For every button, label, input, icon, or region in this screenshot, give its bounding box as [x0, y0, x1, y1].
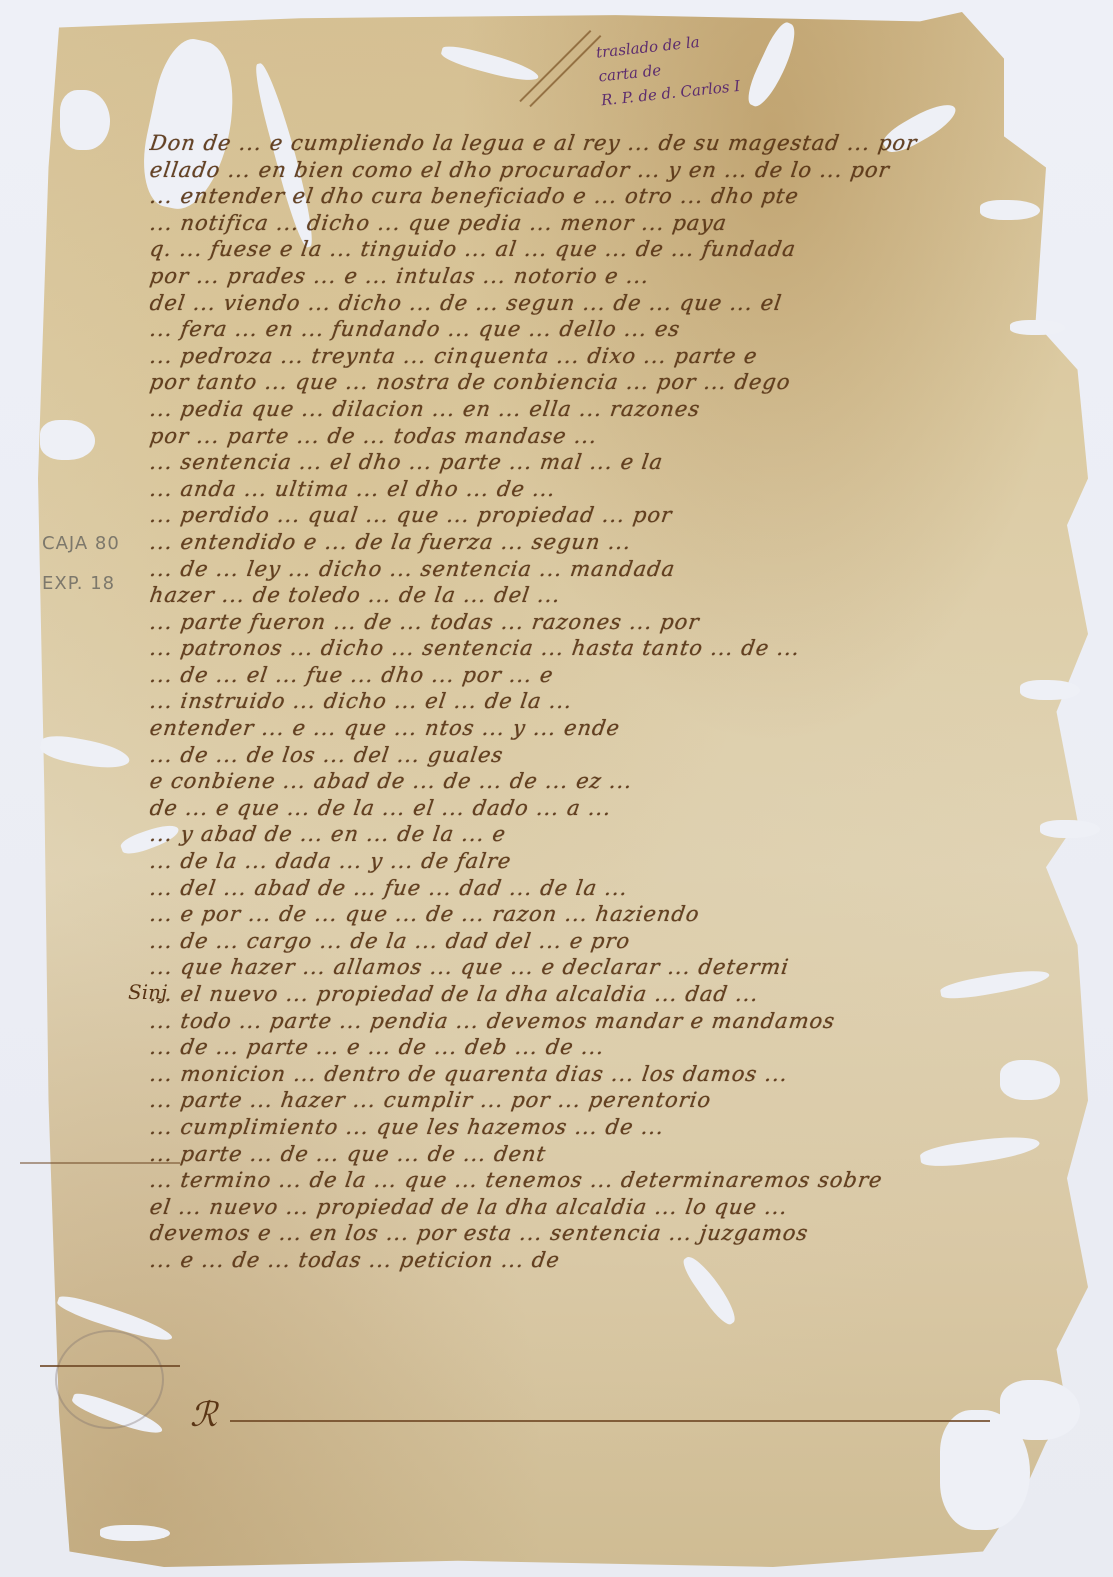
manuscript-line: el ... nuevo ... propiedad de la dha alc… — [148, 1194, 1032, 1221]
manuscript-line: de ... e que ... de la ... el ... dado .… — [148, 795, 1032, 822]
manuscript-line: ... parte ... hazer ... cumplir ... por … — [148, 1087, 1032, 1114]
manuscript-line: ... termino ... de la ... que ... tenemo… — [148, 1167, 1032, 1194]
archive-reference: CAJA 80 EXP. 18 — [42, 524, 120, 604]
manuscript-line: ... de ... de los ... del ... guales — [148, 742, 1032, 769]
manuscript-line: ... notifica ... dicho ... que pedia ...… — [148, 210, 1032, 237]
manuscript-line: ... todo ... parte ... pendia ... devemo… — [148, 1008, 1032, 1035]
manuscript-line: ... cumplimiento ... que les hazemos ...… — [148, 1114, 1032, 1141]
damage-hole — [100, 1525, 170, 1541]
manuscript-line: Don de ... e cumpliendo la legua e al re… — [148, 130, 1032, 157]
notary-flourish: ℛ — [190, 1395, 217, 1435]
manuscript-line: ... parte ... de ... que ... de ... dent — [148, 1141, 1032, 1168]
damage-hole — [40, 420, 95, 460]
manuscript-line: ... entender el dho cura beneficiado e .… — [148, 183, 1032, 210]
manuscript-line: ... patronos ... dicho ... sentencia ...… — [148, 635, 1032, 662]
manuscript-line: ... de la ... dada ... y ... de falre — [148, 848, 1032, 875]
manuscript-line: ... parte fueron ... de ... todas ... ra… — [148, 609, 1032, 636]
manuscript-line: ... de ... cargo ... de la ... dad del .… — [148, 928, 1032, 955]
manuscript-line: ... instruido ... dicho ... el ... de la… — [148, 688, 1032, 715]
faded-stamp — [55, 1330, 164, 1429]
manuscript-line: ... perdido ... qual ... que ... propied… — [148, 502, 1032, 529]
manuscript-line: ... del ... abad de ... fue ... dad ... … — [148, 875, 1032, 902]
manuscript-line: ... el nuevo ... propiedad de la dha alc… — [148, 981, 1032, 1008]
manuscript-line: e conbiene ... abad de ... de ... de ...… — [148, 768, 1032, 795]
manuscript-line: ... monicion ... dentro de quarenta dias… — [148, 1061, 1032, 1088]
manuscript-line: devemos e ... en los ... por esta ... se… — [148, 1220, 1032, 1247]
manuscript-line: ... e ... de ... todas ... peticion ... … — [148, 1247, 1032, 1274]
manuscript-line: q. ... fuese e la ... tinguido ... al ..… — [148, 236, 1032, 263]
manuscript-line: ... anda ... ultima ... el dho ... de ..… — [148, 476, 1032, 503]
manuscript-line: ellado ... en bien como el dho procurado… — [148, 157, 1032, 184]
manuscript-line: por tanto ... que ... nostra de conbienc… — [148, 369, 1032, 396]
damage-hole — [60, 90, 110, 150]
manuscript-line: ... pedroza ... treynta ... cinquenta ..… — [148, 343, 1032, 370]
box-number: CAJA 80 — [42, 524, 120, 564]
damage-hole — [1000, 1380, 1080, 1440]
manuscript-line: hazer ... de toledo ... de la ... del ..… — [148, 582, 1032, 609]
manuscript-line: ... e por ... de ... que ... de ... razo… — [148, 901, 1032, 928]
manuscript-body: Don de ... e cumpliendo la legua e al re… — [150, 130, 1030, 1274]
manuscript-line: ... fera ... en ... fundando ... que ...… — [148, 316, 1032, 343]
manuscript-line: ... y abad de ... en ... de la ... e — [148, 821, 1032, 848]
file-number: EXP. 18 — [42, 564, 120, 604]
manuscript-line: entender ... e ... que ... ntos ... y ..… — [148, 715, 1032, 742]
ruling-line — [40, 1365, 180, 1367]
manuscript-line: por ... prades ... e ... intulas ... not… — [148, 263, 1032, 290]
ruling-line — [20, 1162, 180, 1164]
manuscript-line: ... que hazer ... allamos ... que ... e … — [148, 954, 1032, 981]
damage-hole — [1040, 820, 1100, 838]
manuscript-line: por ... parte ... de ... todas mandase .… — [148, 423, 1032, 450]
manuscript-line: ... pedia que ... dilacion ... en ... el… — [148, 396, 1032, 423]
manuscript-line: ... de ... parte ... e ... de ... deb ..… — [148, 1034, 1032, 1061]
manuscript-line: ... sentencia ... el dho ... parte ... m… — [148, 449, 1032, 476]
manuscript-line: ... de ... el ... fue ... dho ... por ..… — [148, 662, 1032, 689]
manuscript-line: del ... viendo ... dicho ... de ... segu… — [148, 290, 1032, 317]
manuscript-line: ... entendido e ... de la fuerza ... seg… — [148, 529, 1032, 556]
ruling-line — [230, 1420, 990, 1422]
manuscript-line: ... de ... ley ... dicho ... sentencia .… — [148, 556, 1032, 583]
